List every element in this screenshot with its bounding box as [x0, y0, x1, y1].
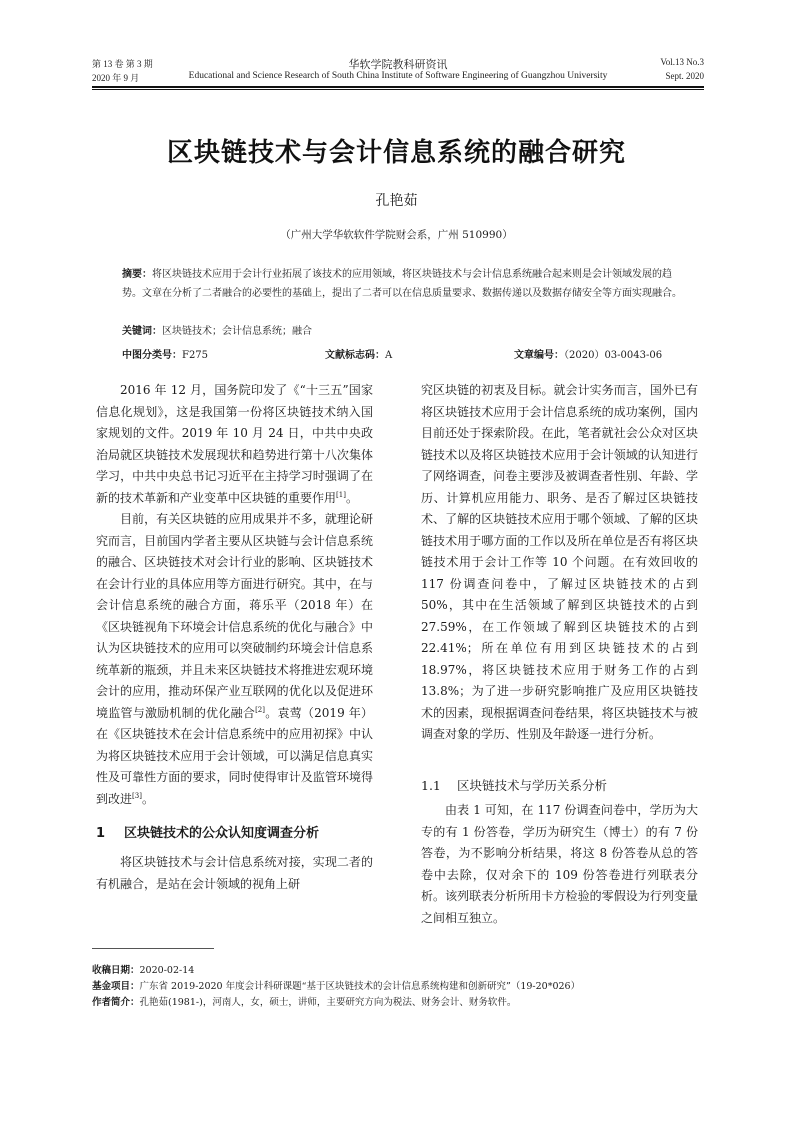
- received-value: 2020-02-14: [140, 965, 195, 976]
- footnote-divider: [92, 948, 214, 949]
- subsection-title: 区块链技术与学历关系分析: [457, 778, 607, 793]
- subsection-number: 1.1: [421, 778, 457, 793]
- body-column-right: 究区块链的初衷及目标。就会计实务而言，国外已有将区块链技术应用于会计信息系统的成…: [421, 380, 698, 746]
- header-rule-thin: [92, 89, 704, 90]
- citation-ref[interactable]: [2]: [255, 706, 265, 714]
- abstract-label: 摘要：: [122, 269, 152, 280]
- journal-name-cn: 华软学院教科研资讯: [92, 56, 704, 72]
- footnote-author-bio: 作者简介：孔艳茹(1981-)，河南人，女，硕士，讲师，主要研究方向为税法、财务…: [92, 994, 516, 1008]
- author-affiliation: （广州大学华软软件学院财会系，广州 510990）: [0, 227, 793, 242]
- journal-name-en: Educational and Science Research of Sout…: [92, 71, 704, 81]
- article-title: 区块链技术与会计信息系统的融合研究: [0, 132, 793, 169]
- section-heading: 1区块链技术的公众认知度调查分析: [96, 822, 319, 841]
- document-code: 文献标志码：A: [325, 346, 392, 361]
- article-number: 文章编号：（2020）03-0043-06: [514, 346, 662, 361]
- issue-date-en: Sept. 2020: [665, 71, 704, 81]
- bio-label: 作者简介：: [92, 997, 140, 1008]
- footnote-received: 收稿日期：2020-02-14: [92, 962, 194, 976]
- doc-code-value: A: [385, 350, 392, 361]
- keywords-text: 区块链技术；会计信息系统；融合: [162, 326, 312, 337]
- fund-value: 广东省 2019-2020 年度会计科研课题“基于区块链技术的会计信息系统构建和…: [140, 981, 581, 992]
- clc-number: 中图分类号：F275: [122, 346, 208, 361]
- keywords: 关键词：区块链技术；会计信息系统；融合: [122, 322, 312, 337]
- subsection-heading: 1.1区块链技术与学历关系分析: [421, 776, 607, 794]
- paragraph: 2016 年 12 月，国务院印发了《“十三五”国家信息化规划》，这是我国第一份…: [96, 380, 373, 509]
- citation-ref[interactable]: [1]: [336, 491, 346, 499]
- clc-label: 中图分类号：: [122, 350, 182, 361]
- footnote-fund: 基金项目：广东省 2019-2020 年度会计科研课题“基于区块链技术的会计信息…: [92, 978, 580, 992]
- paragraph: 将区块链技术与会计信息系统对接，实现二者的有机融合，是站在会计领域的视角上研: [96, 852, 373, 895]
- abstract-text: 将区块链技术应用于会计行业拓展了该技术的应用领域，将区块链技术与会计信息系统融合…: [122, 269, 682, 299]
- volume-en: Vol.13 No.3: [660, 57, 704, 67]
- body-column-right-continued: 由表 1 可知，在 117 份调查问卷中，学历为大专的有 1 份答卷，学历为研究…: [421, 800, 698, 929]
- received-label: 收稿日期：: [92, 965, 140, 976]
- doc-code-label: 文献标志码：: [325, 350, 385, 361]
- body-column-left-continued: 将区块链技术与会计信息系统对接，实现二者的有机融合，是站在会计领域的视角上研: [96, 852, 373, 895]
- clc-value: F275: [182, 350, 208, 361]
- section-number: 1: [96, 826, 124, 841]
- body-column-left: 2016 年 12 月，国务院印发了《“十三五”国家信息化规划》，这是我国第一份…: [96, 380, 373, 810]
- paragraph: 目前，有关区块链的应用成果并不多，就理论研究而言，目前国内学者主要从区块链与会计…: [96, 509, 373, 810]
- abstract: 摘要：将区块链技术应用于会计行业拓展了该技术的应用领域，将区块链技术与会计信息系…: [122, 265, 682, 303]
- paragraph: 究区块链的初衷及目标。就会计实务而言，国外已有将区块链技术应用于会计信息系统的成…: [421, 380, 698, 746]
- running-header: 第 13 卷 第 3 期 2020 年 9 月 华软学院教科研资讯 Educat…: [92, 57, 704, 85]
- author-name: 孔艳茹: [0, 190, 793, 210]
- section-title: 区块链技术的公众认知度调查分析: [124, 826, 319, 841]
- citation-ref[interactable]: [3]: [132, 792, 142, 800]
- fund-label: 基金项目：: [92, 981, 140, 992]
- header-rule-thick: [92, 86, 704, 88]
- article-no-value: （2020）03-0043-06: [564, 350, 662, 361]
- paragraph: 由表 1 可知，在 117 份调查问卷中，学历为大专的有 1 份答卷，学历为研究…: [421, 800, 698, 929]
- article-no-label: 文章编号：: [514, 350, 564, 361]
- bio-value: 孔艳茹(1981-)，河南人，女，硕士，讲师，主要研究方向为税法、财务会计、财务…: [140, 997, 517, 1008]
- keywords-label: 关键词：: [122, 326, 162, 337]
